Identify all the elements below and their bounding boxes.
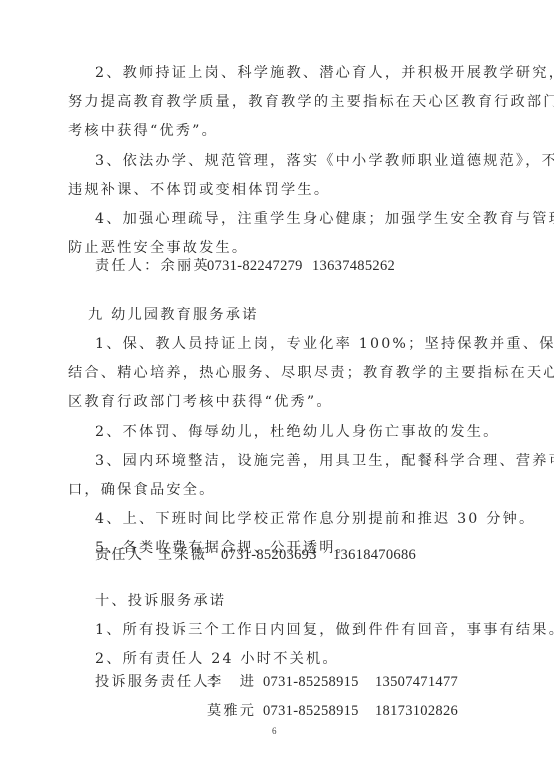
s8-item2-line3: 考核中获得“优秀”。 (68, 121, 218, 141)
s8-item4-line1: 4、加强心理疏导，注重学生身心健康；加强学生安全教育与管理， (95, 209, 554, 229)
s8-item3-line1: 3、依法办学、规范管理，落实《中小学教师职业道德规范》，不 (95, 151, 554, 171)
s9-item2: 2、不体罚、侮辱幼儿，杜绝幼儿人身伤亡事故的发生。 (95, 422, 500, 442)
s10-contact-mobile: 13507471477 (375, 672, 458, 692)
s10-contact-name: 李 进 (207, 672, 256, 692)
s9-item3-line1: 3、园内环境整洁，设施完善，用具卫生，配餐科学合理、营养可 (95, 451, 554, 471)
s8-item2-line1: 2、教师持证上岗、科学施教、潜心育人，并积极开展教学研究， (95, 63, 554, 83)
document-page: 2、教师持证上岗、科学施教、潜心育人，并积极开展教学研究， 努力提高教育教学质量… (0, 0, 554, 783)
s9-item1-line2: 结合、精心培养，热心服务、尽职尽责；教育教学的主要指标在天心 (68, 363, 554, 383)
page-number: 6 (272, 726, 277, 736)
s10-contact-name: 莫雅元 (207, 701, 256, 721)
s8-responsible-mobile: 13637485262 (312, 256, 395, 276)
s8-item2-line2: 努力提高教育教学质量，教育教学的主要指标在天心区教育行政部门 (68, 92, 554, 112)
s10-contact-phone: 0731-85258915 (263, 672, 359, 692)
s10-item1: 1、所有投诉三个工作日内回复，做到件件有回音，事事有结果。 (95, 620, 554, 640)
s10-heading: 十、投诉服务承诺 (95, 591, 226, 611)
s8-item3-line2: 违规补课、不体罚或变相体罚学生。 (68, 180, 330, 200)
s9-responsible-phone: 0731-85203693 (221, 545, 317, 565)
s8-item4-line2: 防止恶性安全事故发生。 (68, 238, 248, 258)
s10-contact-mobile: 18173102826 (375, 701, 458, 721)
s9-responsible-name: 王采薇 (158, 545, 207, 565)
s9-responsible-mobile: 13618470686 (333, 545, 416, 565)
s9-item1-line1: 1、保、教人员持证上岗，专业化率 100%；坚持保教并重、保教 (95, 334, 554, 354)
s9-item1-line3: 区教育行政部门考核中获得“优秀”。 (68, 392, 333, 412)
s9-item3-line2: 口，确保食品安全。 (68, 480, 216, 500)
s9-heading: 九 幼儿园教育服务承诺 (88, 305, 259, 325)
s9-responsible-label: 责任人 (95, 545, 144, 565)
s9-item4: 4、上、下班时间比学校正常作息分别提前和推迟 30 分钟。 (95, 509, 535, 529)
s8-responsible-phone: 0731-82247279 (207, 256, 303, 276)
s8-responsible-label: 责任人：余丽英 (95, 256, 210, 276)
s10-item2: 2、所有责任人 24 小时不关机。 (95, 649, 339, 669)
s10-contact-phone: 0731-85258915 (263, 701, 359, 721)
